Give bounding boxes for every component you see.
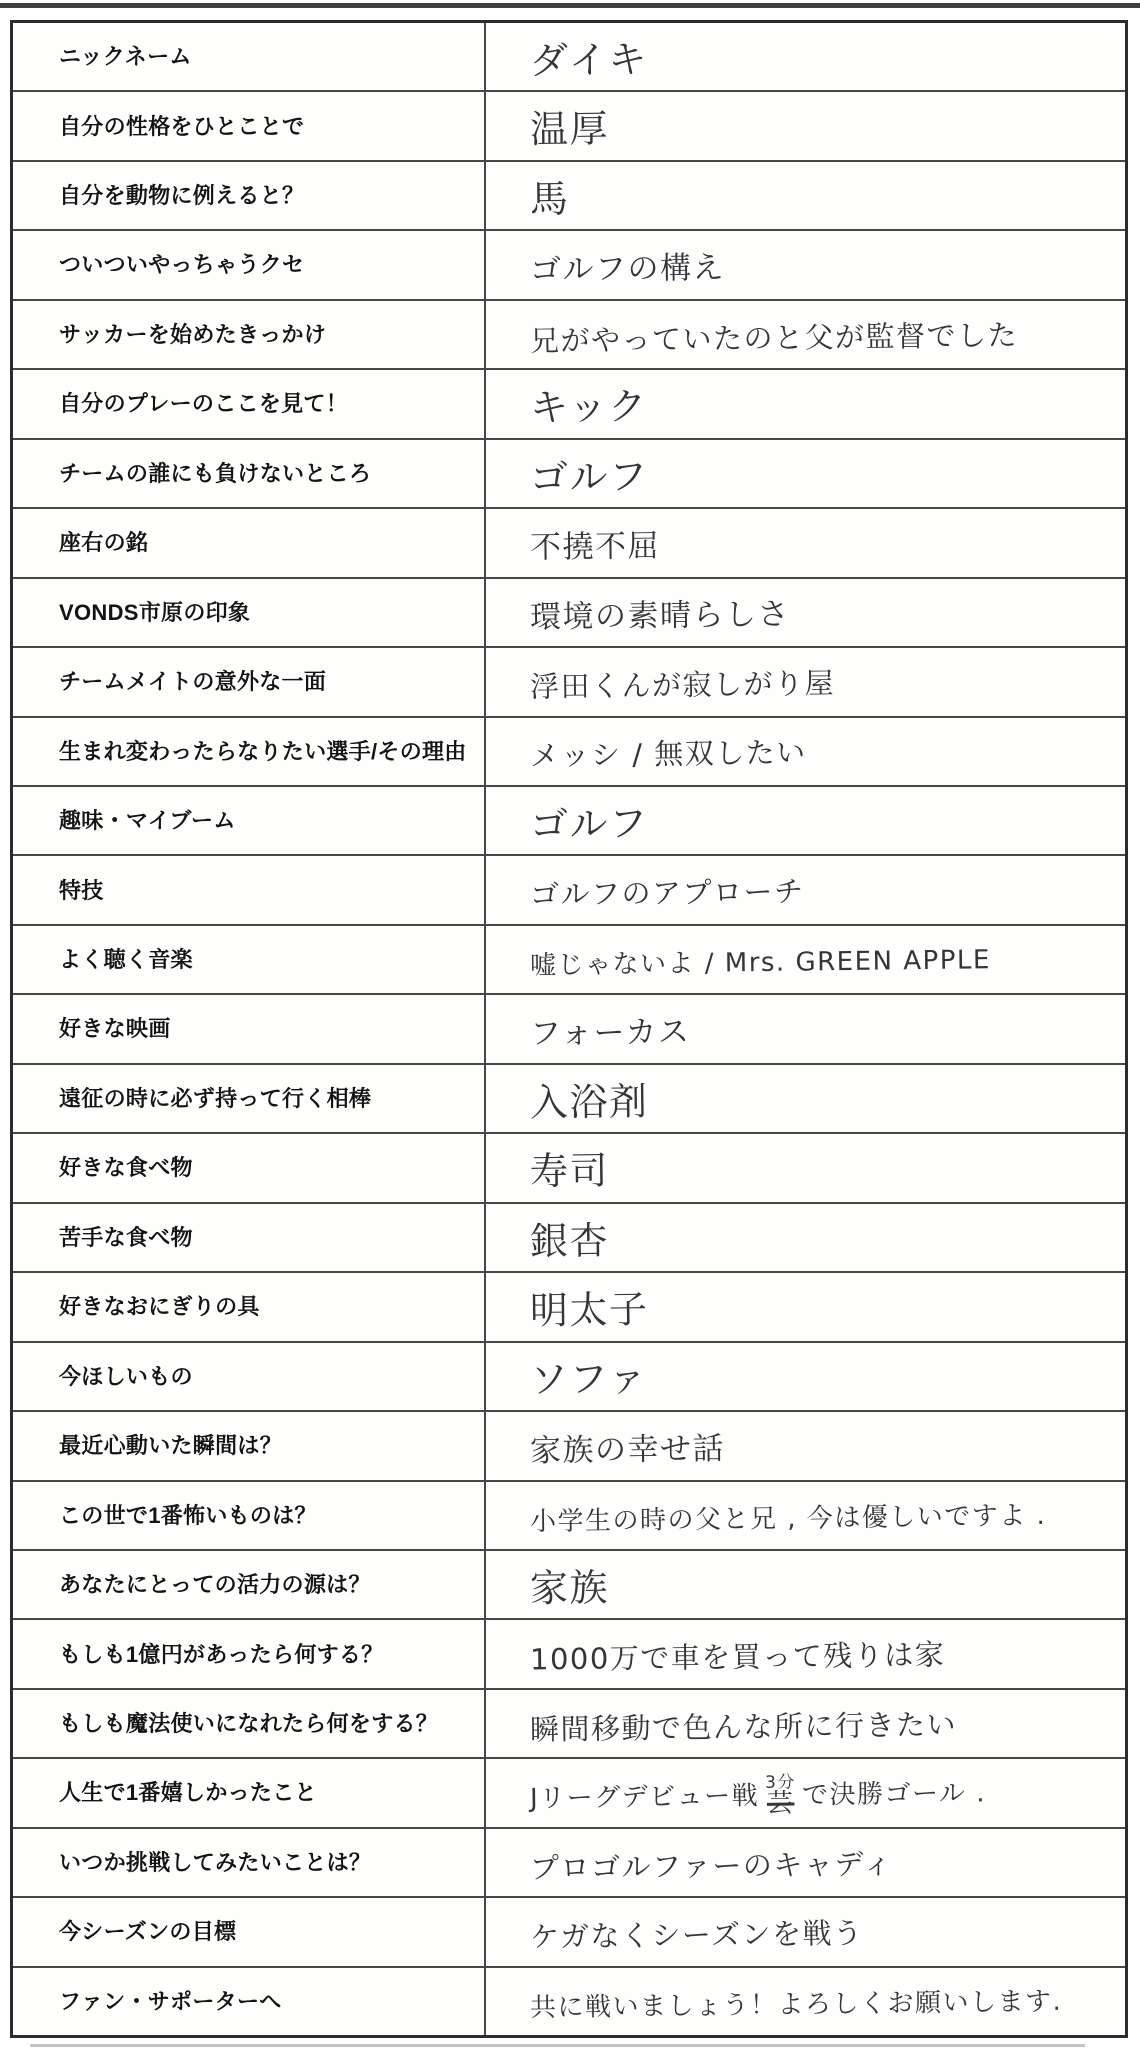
question-cell: 好きな映画	[13, 995, 486, 1062]
question-label: サッカーを始めたきっかけ	[59, 322, 326, 347]
question-label: 趣味・マイブーム	[59, 808, 236, 833]
question-label: 好きな食べ物	[59, 1155, 193, 1180]
table-row: 今ほしいもの ソファ	[13, 1343, 1125, 1412]
question-label: チームの誰にも負けないところ	[59, 461, 371, 486]
question-cell: チームメイトの意外な一面	[13, 648, 486, 715]
question-cell: 今シーズンの目標	[13, 1898, 486, 1965]
table-row: 自分のプレーのここを見て！ キック	[13, 370, 1125, 439]
question-label: 人生で1番嬉しかったこと	[59, 1780, 317, 1805]
answer-cell: フォーカス	[486, 995, 1125, 1062]
answer-cell: 兄がやっていたのと父が監督でした	[486, 301, 1125, 368]
answer-text: 嘘じゃないよ / Mrs. GREEN APPLE	[529, 946, 990, 980]
question-label: もしも1億円があったら何する？	[59, 1642, 384, 1667]
table-row: よく聴く音楽 嘘じゃないよ / Mrs. GREEN APPLE	[13, 926, 1125, 995]
correction-strikethrough-text: 芸	[766, 1791, 794, 1817]
answer-cell: プロゴルファーのキャディ	[486, 1829, 1125, 1896]
table-row: 人生で1番嬉しかったこと Jリーグデビュー戦3分芸で決勝ゴール .	[13, 1759, 1125, 1828]
answer-text: キック	[529, 386, 647, 429]
table-row: 好きな食べ物 寿司	[13, 1134, 1125, 1203]
answer-cell: ダイキ	[486, 23, 1125, 90]
question-cell: 今ほしいもの	[13, 1343, 486, 1410]
scan-artifact-top-line	[0, 3, 1140, 8]
question-label: 遠征の時に必ず持って行く相棒	[59, 1086, 371, 1111]
answer-cell: 環境の素晴らしさ	[486, 579, 1125, 646]
answer-cell: Jリーグデビュー戦3分芸で決勝ゴール .	[486, 1759, 1125, 1826]
table-row: 好きな映画 フォーカス	[13, 995, 1125, 1064]
question-cell: 好きな食べ物	[13, 1134, 486, 1201]
answer-text: ゴルフ	[529, 803, 648, 846]
table-row: ついついやっちゃうクセ ゴルフの構え	[13, 231, 1125, 300]
table-row: VONDS市原の印象 環境の素晴らしさ	[13, 579, 1125, 648]
answer-text: 家族	[529, 1567, 609, 1610]
question-label: 今ほしいもの	[59, 1364, 193, 1389]
table-row: 今シーズンの目標 ケガなくシーズンを戦う	[13, 1898, 1125, 1967]
answer-text: 馬	[529, 178, 569, 220]
answer-cell: 浮田くんが寂しがり屋	[486, 648, 1125, 715]
question-cell: VONDS市原の印象	[13, 579, 486, 646]
question-label: ファン・サポーターへ	[59, 1989, 282, 2014]
answer-cell: ゴルフのアプローチ	[486, 856, 1125, 923]
answer-cell: 寿司	[486, 1134, 1125, 1201]
table-row: 自分を動物に例えると？ 馬	[13, 162, 1125, 231]
question-cell: もしも魔法使いになれたら何をする？	[13, 1690, 486, 1757]
answer-text: 兄がやっていたのと父が監督でした	[529, 320, 1017, 358]
question-cell: 人生で1番嬉しかったこと	[13, 1759, 486, 1826]
answer-cell: ゴルフの構え	[486, 231, 1125, 298]
table-row: あなたにとっての活力の源は？ 家族	[13, 1551, 1125, 1620]
answer-cell: 1000万で車を買って残りは家	[486, 1620, 1125, 1687]
question-label: 好きな映画	[59, 1016, 171, 1041]
question-cell: 遠征の時に必ず持って行く相棒	[13, 1065, 486, 1132]
question-label: いつか挑戦してみたいことは？	[59, 1850, 371, 1875]
answer-cell: 瞬間移動で色んな所に行きたい	[486, 1690, 1125, 1757]
question-cell: 自分を動物に例えると？	[13, 162, 486, 229]
answer-cell: 家族	[486, 1551, 1125, 1618]
question-cell: よく聴く音楽	[13, 926, 486, 993]
table-row: 苦手な食べ物 銀杏	[13, 1204, 1125, 1273]
answer-text: ダイキ	[529, 39, 647, 82]
question-cell: サッカーを始めたきっかけ	[13, 301, 486, 368]
question-label: ついついやっちゃうクセ	[59, 252, 304, 277]
table-row: 遠征の時に必ず持って行く相棒 入浴剤	[13, 1065, 1125, 1134]
question-label: もしも魔法使いになれたら何をする？	[59, 1711, 438, 1736]
question-cell: 座右の銘	[13, 509, 486, 576]
answer-text: 入浴剤	[529, 1081, 648, 1124]
scanned-questionnaire-page: ニックネーム ダイキ 自分の性格をひとことで 温厚 自分を動物に例えると？ 馬 …	[0, 0, 1140, 2048]
answer-text: フォーカス	[529, 1015, 690, 1051]
question-cell: 最近心動いた瞬間は？	[13, 1412, 486, 1479]
question-cell: 趣味・マイブーム	[13, 787, 486, 854]
questionnaire-table: ニックネーム ダイキ 自分の性格をひとことで 温厚 自分を動物に例えると？ 馬 …	[10, 20, 1128, 2038]
answer-cell: 明太子	[486, 1273, 1125, 1340]
table-row: チームの誰にも負けないところ ゴルフ	[13, 440, 1125, 509]
question-label: 苦手な食べ物	[59, 1225, 193, 1250]
question-cell: 生まれ変わったらなりたい選手/その理由	[13, 718, 486, 785]
question-cell: この世で1番怖いものは？	[13, 1482, 486, 1549]
question-cell: ファン・サポーターへ	[13, 1968, 486, 2035]
answer-text: 寿司	[529, 1151, 609, 1194]
question-label: チームメイトの意外な一面	[59, 669, 326, 694]
answer-cell: 温厚	[486, 92, 1125, 159]
question-cell: チームの誰にも負けないところ	[13, 440, 486, 507]
question-cell: 苦手な食べ物	[13, 1204, 486, 1271]
answer-text: 小学生の時の父と兄 , 今は優しいですよ .	[529, 1502, 1046, 1537]
answer-text: 不撓不屈	[529, 529, 659, 565]
table-row: 好きなおにぎりの具 明太子	[13, 1273, 1125, 1342]
handwritten-correction: 3分芸	[765, 1776, 796, 1818]
answer-cell: ケガなくシーズンを戦う	[486, 1898, 1125, 1965]
question-label: 座右の銘	[59, 530, 148, 555]
table-row: もしも1億円があったら何する？ 1000万で車を買って残りは家	[13, 1620, 1125, 1689]
question-cell: もしも1億円があったら何する？	[13, 1620, 486, 1687]
table-row: ファン・サポーターへ 共に戦いましょう！よろしくお願いします.	[13, 1968, 1125, 2035]
answer-cell: メッシ / 無双したい	[486, 718, 1125, 785]
answer-text: ソファ	[529, 1359, 647, 1402]
answer-cell: 不撓不屈	[486, 509, 1125, 576]
answer-text: ケガなくシーズンを戦う	[529, 1918, 863, 1954]
answer-cell: 共に戦いましょう！よろしくお願いします.	[486, 1968, 1125, 2035]
question-label: 自分を動物に例えると？	[59, 183, 304, 208]
table-row: チームメイトの意外な一面 浮田くんが寂しがり屋	[13, 648, 1125, 717]
table-row: 特技 ゴルフのアプローチ	[13, 856, 1125, 925]
answer-cell: ゴルフ	[486, 440, 1125, 507]
answer-text: プロゴルファーのキャディ	[529, 1848, 892, 1884]
answer-cell: 入浴剤	[486, 1065, 1125, 1132]
answer-text: 温厚	[529, 109, 609, 152]
answer-text: メッシ / 無双したい	[529, 738, 806, 773]
table-row: 座右の銘 不撓不屈	[13, 509, 1125, 578]
answer-text: 家族の幸せ話	[529, 1432, 724, 1468]
answer-text: ゴルフのアプローチ	[529, 877, 804, 912]
question-cell: 自分の性格をひとことで	[13, 92, 486, 159]
question-label: 自分のプレーのここを見て！	[59, 391, 348, 416]
answer-text: 浮田くんが寂しがり屋	[529, 668, 834, 704]
answer-cell: 銀杏	[486, 1204, 1125, 1271]
answer-text: ゴルフの構え	[529, 251, 724, 287]
table-row: ニックネーム ダイキ	[13, 23, 1125, 92]
question-label: あなたにとっての活力の源は？	[59, 1572, 371, 1597]
answer-cell: ソファ	[486, 1343, 1125, 1410]
question-label: よく聴く音楽	[59, 947, 193, 972]
question-label: この世で1番怖いものは？	[59, 1503, 317, 1528]
answer-text: ゴルフ	[529, 456, 648, 499]
question-label: 最近心動いた瞬間は？	[59, 1433, 282, 1458]
answer-cell: 小学生の時の父と兄 , 今は優しいですよ .	[486, 1482, 1125, 1549]
answer-text: 明太子	[529, 1289, 648, 1332]
question-label: 自分の性格をひとことで	[59, 114, 304, 139]
answer-cell: 馬	[486, 162, 1125, 229]
table-row: いつか挑戦してみたいことは？ プロゴルファーのキャディ	[13, 1829, 1125, 1898]
question-label: ニックネーム	[59, 44, 192, 69]
question-cell: 自分のプレーのここを見て！	[13, 370, 486, 437]
table-row: この世で1番怖いものは？ 小学生の時の父と兄 , 今は優しいですよ .	[13, 1482, 1125, 1551]
table-row: サッカーを始めたきっかけ 兄がやっていたのと父が監督でした	[13, 301, 1125, 370]
table-row: 自分の性格をひとことで 温厚	[13, 92, 1125, 161]
question-cell: ニックネーム	[13, 23, 486, 90]
question-label: 特技	[59, 878, 104, 903]
question-label: 今シーズンの目標	[59, 1919, 236, 1944]
answer-cell: ゴルフ	[486, 787, 1125, 854]
question-cell: ついついやっちゃうクセ	[13, 231, 486, 298]
question-label: 生まれ変わったらなりたい選手/その理由	[59, 739, 467, 764]
question-cell: 特技	[13, 856, 486, 923]
answer-text: 共に戦いましょう！よろしくお願いします.	[529, 1988, 1062, 2023]
answer-text: 1000万で車を買って残りは家	[529, 1640, 945, 1677]
table-row: もしも魔法使いになれたら何をする？ 瞬間移動で色んな所に行きたい	[13, 1690, 1125, 1759]
answer-text: 環境の素晴らしさ	[529, 598, 789, 635]
table-row: 趣味・マイブーム ゴルフ	[13, 787, 1125, 856]
table-row: 生まれ変わったらなりたい選手/その理由 メッシ / 無双したい	[13, 718, 1125, 787]
answer-text: 瞬間移動で色んな所に行きたい	[529, 1709, 956, 1746]
question-cell: あなたにとっての活力の源は？	[13, 1551, 486, 1618]
question-label: VONDS市原の印象	[59, 600, 250, 625]
answer-cell: キック	[486, 370, 1125, 437]
answer-text: Jリーグデビュー戦3分芸で決勝ゴール .	[529, 1774, 985, 1821]
question-cell: いつか挑戦してみたいことは？	[13, 1829, 486, 1896]
answer-cell: 嘘じゃないよ / Mrs. GREEN APPLE	[486, 926, 1125, 993]
answer-text: 銀杏	[529, 1220, 609, 1263]
question-label: 好きなおにぎりの具	[59, 1294, 260, 1319]
answer-cell: 家族の幸せ話	[486, 1412, 1125, 1479]
scan-artifact-bottom-line	[30, 2044, 1085, 2047]
question-cell: 好きなおにぎりの具	[13, 1273, 486, 1340]
table-row: 最近心動いた瞬間は？ 家族の幸せ話	[13, 1412, 1125, 1481]
